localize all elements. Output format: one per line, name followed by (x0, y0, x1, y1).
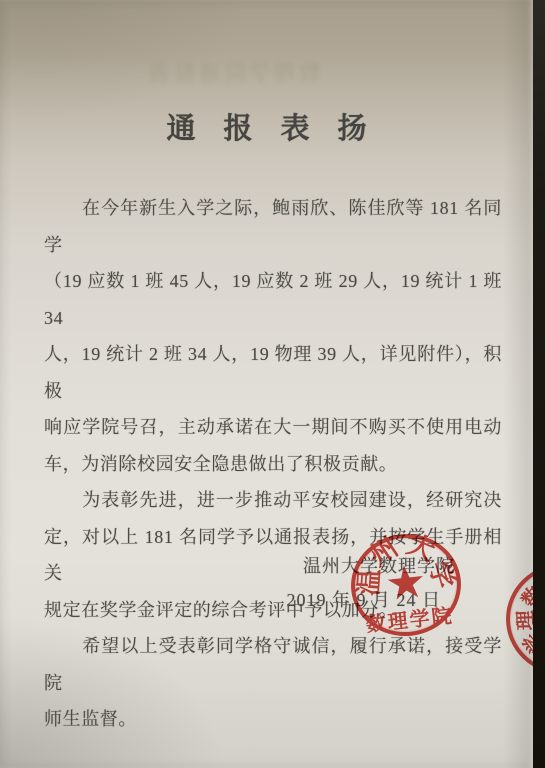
body-line: 希望以上受表彰同学格守诚信，履行承诺，接受学院 (44, 628, 502, 701)
bleedthrough-text: 数理学院通报表 (146, 57, 321, 97)
body-line: 为表彰先进，进一步推动平安校园建设，经研究决 (44, 482, 502, 519)
body-line: 响应学院号召，主动承诺在大一期间不购买不使用电动 (44, 409, 502, 446)
body-line: 在今年新生入学之际，鲍雨欣、陈佳欣等 181 名同学 (44, 190, 502, 263)
document-title: 通报表扬 (0, 111, 533, 147)
body-line: （19 应数 1 班 45 人，19 应数 2 班 29 人，19 统计 1 班… (44, 263, 502, 336)
edge-seal-partial: 数 理 学 院 (506, 563, 533, 675)
body-line: 师生监督。 (44, 701, 502, 738)
document-page: 数理学院通报表 通报表扬 在今年新生入学之际，鲍雨欣、陈佳欣等 181 名同学 … (0, 0, 533, 768)
body-line: 车，为消除校园安全隐患做出了积极贡献。 (44, 446, 502, 483)
body-line: 人，19 统计 2 班 34 人，19 物理 39 人，详见附件），积极 (44, 336, 502, 409)
official-seal: ★ 温 州 大 学 数理学院 (346, 529, 466, 642)
document-body: 在今年新生入学之际，鲍雨欣、陈佳欣等 181 名同学 （19 应数 1 班 45… (44, 190, 502, 738)
